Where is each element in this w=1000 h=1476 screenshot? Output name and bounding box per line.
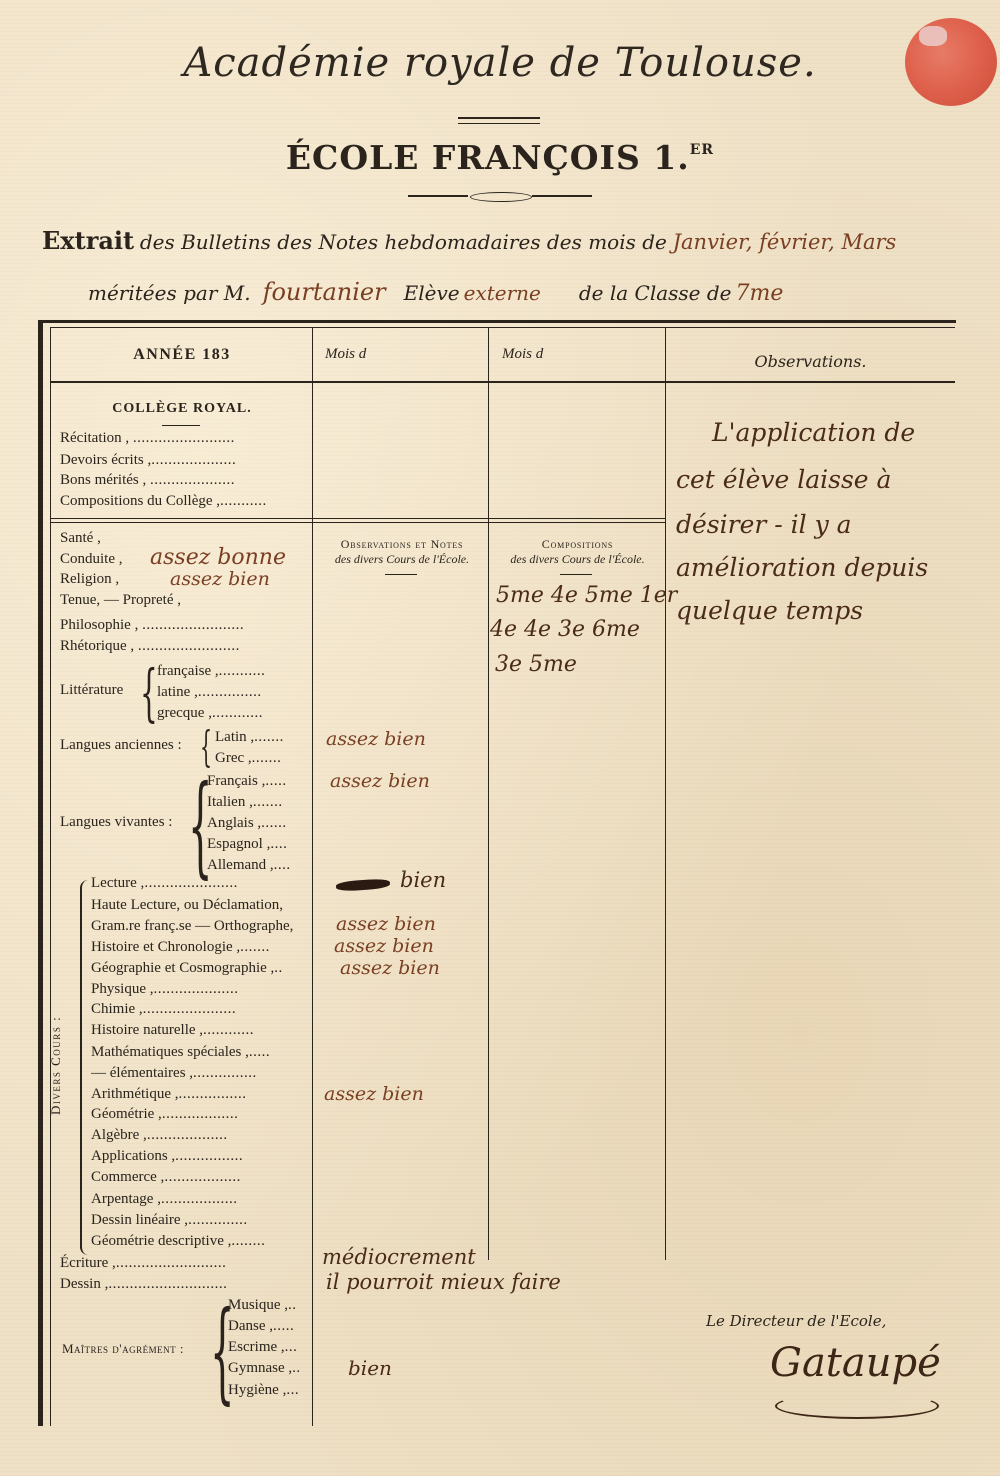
- row-physique: Physique ,....................: [91, 979, 312, 1000]
- row-gymnase: Gymnase ,..: [228, 1358, 312, 1379]
- extrait-line: Extrait des Bulletins des Notes hebdomad…: [42, 226, 896, 255]
- observation-line-5: quelque temps: [676, 596, 863, 625]
- header-mois-2: Mois d: [502, 346, 543, 363]
- compositions-line-2: 4e 4e 3e 6me: [490, 617, 640, 642]
- row-rhetorique: Rhétorique , ........................: [60, 636, 312, 657]
- row-geographie: Géographie et Cosmographie ,..: [91, 958, 312, 979]
- ornament-divider: [408, 191, 592, 201]
- latin-value: assez bien: [326, 728, 426, 750]
- row-musique: Musique ,..: [228, 1295, 312, 1316]
- compositions-line-1: 5me 4e 5me 1er: [496, 583, 677, 608]
- row-lecture: Lecture ,......................: [91, 873, 312, 894]
- row-geometrie-descriptive: Géométrie descriptive ,........: [91, 1231, 312, 1252]
- row-geometrie: Géométrie ,..................: [91, 1104, 312, 1125]
- ecole-superscript: ER: [690, 142, 714, 158]
- compositions-header-subtitle: des divers Cours de l'École.: [490, 552, 665, 567]
- row-francais: Français ,.....: [207, 771, 312, 792]
- table-left-border: [38, 320, 43, 1426]
- student-name: fourtanier: [263, 278, 386, 306]
- row-bons-merites: Bons mérités , ....................: [60, 470, 312, 491]
- divers-cours-label: Divers Cours :: [48, 1016, 64, 1115]
- college-rule: [162, 425, 200, 426]
- col-divider-3: [665, 328, 666, 1260]
- row-danse: Danse ,.....: [228, 1316, 312, 1337]
- gymnase-value: bien: [348, 1356, 392, 1380]
- eleve-type: externe: [464, 281, 541, 305]
- academie-title: Académie royale de Toulouse.: [0, 40, 1000, 86]
- header-mois-1: Mois d: [325, 346, 366, 363]
- meritees-label: méritées par M.: [88, 281, 251, 305]
- row-commerce: Commerce ,..................: [91, 1167, 312, 1188]
- compositions-header-rule: [560, 574, 592, 575]
- college-bottom-rule-2: [51, 522, 665, 523]
- geographie-value: assez bien: [340, 957, 440, 979]
- row-latin: Latin ,.......: [215, 727, 312, 748]
- header-observations: Observations.: [668, 352, 953, 371]
- director-signature: Gataupé: [770, 1340, 941, 1386]
- header-annee: ANNÉE 183: [52, 346, 312, 364]
- row-philosophie: Philosophie , ........................: [60, 615, 312, 636]
- header-bottom-rule: [51, 381, 955, 383]
- notes-header-title: Observations et Notes: [316, 537, 488, 552]
- row-italien: Italien ,.......: [207, 792, 312, 813]
- row-arpentage: Arpentage ,..................: [91, 1189, 312, 1210]
- row-grec: Grec ,.......: [215, 748, 312, 769]
- months-handwritten: Janvier, février, Mars: [673, 230, 897, 254]
- compositions-header-title: Compositions: [490, 537, 665, 552]
- row-ecriture: Écriture ,..........................: [60, 1253, 312, 1274]
- langues-vivantes-label: Langues vivantes :: [60, 812, 172, 833]
- title-divider: [458, 117, 540, 124]
- compositions-line-3: 3e 5me: [495, 652, 577, 677]
- row-recitation: Récitation , ........................: [60, 428, 312, 449]
- director-label: Le Directeur de l'Ecole,: [706, 1312, 886, 1330]
- row-francaise: française ,...........: [157, 661, 312, 682]
- row-devoirs: Devoirs écrits ,....................: [60, 450, 312, 471]
- row-math-elementaires: — élémentaires ,...............: [91, 1063, 312, 1084]
- lecture-value: bien: [400, 868, 446, 892]
- row-dessin-lineaire: Dessin linéaire ,..............: [91, 1210, 312, 1231]
- langues-anciennes-label: Langues anciennes :: [60, 735, 182, 756]
- row-tenue: Tenue, — Propreté ,: [60, 590, 181, 611]
- row-anglais: Anglais ,......: [207, 813, 312, 834]
- row-arithmetique: Arithmétique ,................: [91, 1084, 312, 1105]
- religion-value: assez bien: [170, 568, 270, 590]
- brace-icon: {: [140, 662, 158, 724]
- row-conduite: Conduite ,: [60, 549, 123, 570]
- compositions-column-header: Compositions des divers Cours de l'École…: [490, 537, 665, 567]
- observation-line-1: L'application de: [712, 418, 915, 447]
- row-religion: Religion ,: [60, 569, 119, 590]
- ecriture-value: médiocrement: [322, 1245, 476, 1269]
- eleve-label: Elève: [404, 281, 460, 305]
- table-left-border-inner: [50, 327, 51, 1426]
- arithmetique-value: assez bien: [324, 1083, 424, 1105]
- table-top-border: [38, 320, 956, 323]
- extrait-word: Extrait: [42, 226, 134, 255]
- meritees-line: méritées par M. fourtanier Elève externe…: [88, 278, 783, 306]
- dessin-value: il pourroit mieux faire: [326, 1270, 561, 1294]
- row-espagnol: Espagnol ,....: [207, 834, 312, 855]
- row-math-speciales: Mathématiques spéciales ,.....: [91, 1042, 312, 1063]
- row-grecque: grecque ,............: [157, 703, 312, 724]
- row-latine: latine ,...............: [157, 682, 312, 703]
- row-hygiene: Hygiène ,...: [228, 1380, 312, 1401]
- row-haute-lecture: Haute Lecture, ou Déclamation,: [91, 895, 312, 916]
- col-divider-2: [488, 328, 489, 1260]
- observation-line-2: cet élève laisse à: [676, 465, 891, 494]
- col-divider-1: [312, 328, 313, 1426]
- extrait-printed-text: des Bulletins des Notes hebdomadaires de…: [140, 230, 667, 254]
- row-algebre: Algèbre ,...................: [91, 1125, 312, 1146]
- row-chimie: Chimie ,......................: [91, 999, 312, 1020]
- maitres-agrement-label: Maîtres d'agrément :: [62, 1338, 184, 1359]
- ecole-name: ÉCOLE FRANÇOIS 1.: [286, 138, 690, 177]
- observation-line-3: désirer - il y a: [676, 510, 852, 539]
- francais-value: assez bien: [330, 770, 430, 792]
- notes-header-rule: [385, 574, 417, 575]
- ink-blot: [336, 878, 391, 892]
- notes-header-subtitle: des divers Cours de l'École.: [316, 552, 488, 567]
- litterature-label: Littérature: [60, 680, 123, 701]
- row-dessin: Dessin ,............................: [60, 1274, 312, 1295]
- notes-column-header: Observations et Notes des divers Cours d…: [316, 537, 488, 567]
- grammaire-value: assez bien: [336, 913, 436, 935]
- row-applications: Applications ,................: [91, 1146, 312, 1167]
- row-grammaire: Gram.re franç.se — Orthographe,: [91, 916, 312, 937]
- ecole-title: ÉCOLE FRANÇOIS 1.ER: [0, 138, 1000, 177]
- histoire-value: assez bien: [334, 935, 434, 957]
- row-histoire-naturelle: Histoire naturelle ,............: [91, 1020, 312, 1041]
- row-sante: Santé ,: [60, 528, 101, 549]
- table-top-border-inner: [50, 327, 955, 328]
- college-bottom-rule: [51, 518, 665, 519]
- row-compositions-college: Compositions du Collège ,...........: [60, 491, 312, 512]
- divers-cours-bracket: [80, 880, 88, 1255]
- college-royal-title: COLLÈGE ROYAL.: [52, 401, 312, 417]
- row-histoire-chronologie: Histoire et Chronologie ,.......: [91, 937, 312, 958]
- row-escrime: Escrime ,...: [228, 1337, 312, 1358]
- signature-flourish: [775, 1393, 939, 1419]
- classe-value: 7me: [736, 281, 784, 306]
- observation-line-4: amélioration depuis: [676, 553, 928, 582]
- conduite-value: assez bonne: [150, 545, 286, 570]
- classe-label: de la Classe de: [579, 281, 732, 305]
